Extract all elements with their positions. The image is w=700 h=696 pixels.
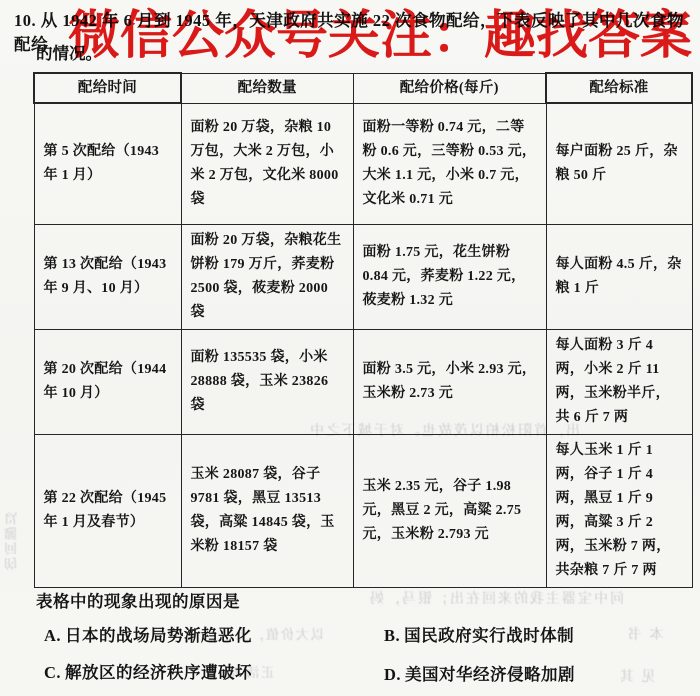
table-header-row: 配给时间 配给数量 配给价格(每斤) 配给标准	[34, 73, 692, 103]
option-b: B.国民政府实行战时体制	[384, 622, 574, 646]
cell-ration-standard: 每人面粉 3 斤 4 两，小米 2 斤 11 两，玉米粉半斤，共 6 斤 7 两	[546, 330, 692, 435]
ration-table: 配给时间 配给数量 配给价格(每斤) 配给标准 第 5 次配给（1943 年 1…	[33, 72, 693, 588]
cell-ration-price: 面粉一等粉 0.74 元，二等粉 0.6 元，三等粉 0.53 元，大米 1.1…	[353, 103, 546, 225]
cell-ration-quantity: 面粉 20 万袋，杂粮 10 万包，大米 2 万包，小米 2 万包，文化米 80…	[181, 103, 353, 225]
cell-ration-time: 第 13 次配给（1943 年 9 月、10 月）	[34, 225, 181, 330]
cell-ration-quantity: 玉米 28087 袋，谷子 9781 袋，黑豆 13513 袋，高粱 14845…	[181, 435, 353, 588]
bleed-through-text: 的问题以	[0, 440, 19, 570]
option-a-text: 日本的战场局势渐趋恶化	[65, 626, 252, 645]
cell-ration-standard: 每户面粉 25 斤，杂粮 50 斤	[546, 103, 692, 225]
option-a: A.日本的战场局势渐趋恶化	[44, 622, 252, 646]
option-a-label: A.	[44, 626, 61, 645]
option-c-label: C.	[44, 663, 61, 682]
bleed-through-text: 本 书	[626, 624, 664, 644]
cell-ration-price: 面粉 1.75 元，花生饼粉 0.84 元，荞麦粉 1.22 元，莜麦粉 1.3…	[353, 225, 546, 330]
header-ration-standard: 配给标准	[546, 73, 692, 103]
exam-page: 出，首阳松柏以茂故也。对于城下之中 问中宝器主我的来回在出；银马，妈 以大价值，…	[0, 0, 700, 696]
cell-ration-price: 面粉 3.5 元，小米 2.93 元，玉米粉 2.73 元	[353, 330, 546, 435]
bleed-through-text: 问中宝器主我的来回在出；银马，妈	[368, 588, 624, 608]
header-ration-price: 配给价格(每斤)	[353, 73, 546, 103]
option-b-label: B.	[384, 626, 400, 645]
cell-ration-time: 第 5 次配给（1943 年 1 月）	[34, 103, 181, 225]
bleed-through-text: 见 其	[618, 666, 656, 686]
table-row: 第 5 次配给（1943 年 1 月） 面粉 20 万袋，杂粮 10 万包，大米…	[34, 103, 692, 225]
cell-ration-quantity: 面粉 20 万袋，杂粮花生饼粉 179 万斤，荞麦粉 2500 袋，莜麦粉 20…	[181, 225, 353, 330]
table-row: 第 22 次配给（1945 年 1 月及春节） 玉米 28087 袋，谷子 97…	[34, 435, 692, 588]
option-d: D.美国对华经济侵略加剧	[384, 661, 575, 685]
cell-ration-time: 第 22 次配给（1945 年 1 月及春节）	[34, 435, 181, 588]
table-row: 第 20 次配给（1944 年 10 月） 面粉 135535 袋，小米 288…	[34, 330, 692, 435]
option-c-text: 解放区的经济秩序遭破坏	[65, 663, 252, 682]
header-ration-time: 配给时间	[34, 73, 181, 103]
cell-ration-standard: 每人面粉 4.5 斤，杂粮 1 斤	[546, 225, 692, 330]
option-d-text: 美国对华经济侵略加剧	[405, 665, 575, 684]
wechat-watermark-text: 微信公众号关注：趣找答案	[68, 8, 700, 64]
header-ration-quantity: 配给数量	[181, 73, 353, 103]
cell-ration-price: 玉米 2.35 元，谷子 1.98 元，黑豆 2 元，高粱 2.75 元，玉米粉…	[353, 435, 546, 588]
option-b-text: 国民政府实行战时体制	[404, 626, 574, 645]
question-followup: 表格中的现象出现的原因是	[36, 588, 240, 612]
cell-ration-standard: 每人玉米 1 斤 1 两，谷子 1 斤 4 两，黑豆 1 斤 9 两，高粱 3 …	[546, 435, 692, 588]
cell-ration-time: 第 20 次配给（1944 年 10 月）	[34, 330, 181, 435]
table-row: 第 13 次配给（1943 年 9 月、10 月） 面粉 20 万袋，杂粮花生饼…	[34, 225, 692, 330]
option-d-label: D.	[384, 665, 401, 684]
cell-ration-quantity: 面粉 135535 袋，小米 28888 袋，玉米 23826 袋	[181, 330, 353, 435]
option-c: C.解放区的经济秩序遭破坏	[44, 659, 252, 683]
